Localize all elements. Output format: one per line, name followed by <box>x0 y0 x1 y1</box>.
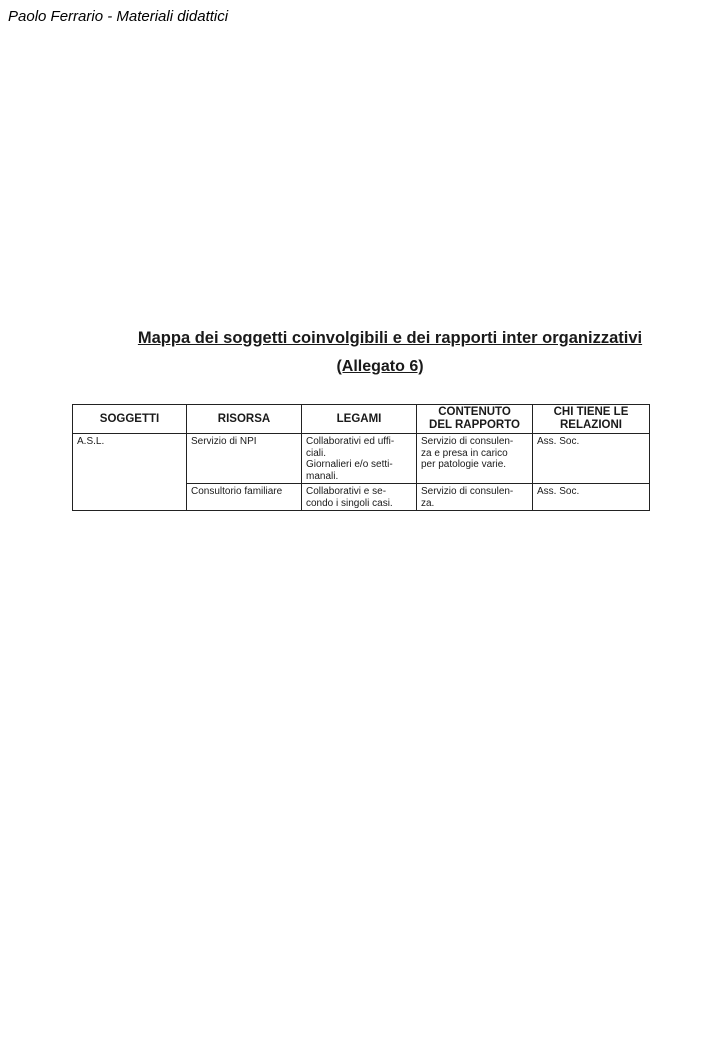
cell-legami: Collaborativi e se- condo i singoli casi… <box>302 484 417 511</box>
table-row: A.S.L. Servizio di NPI Collaborativi ed … <box>73 434 650 484</box>
cell-legami: Collaborativi ed uffi- ciali. Giornalier… <box>302 434 417 484</box>
cell-risorsa: Servizio di NPI <box>187 434 302 484</box>
relations-table: SOGGETTI RISORSA LEGAMI CONTENUTO DEL RA… <box>72 404 650 511</box>
cell-risorsa: Consultorio familiare <box>187 484 302 511</box>
cell-contenuto: Servizio di consulen- za. <box>417 484 533 511</box>
cell-soggetto: A.S.L. <box>73 434 187 511</box>
header-note: Paolo Ferrario - Materiali didattici <box>8 8 228 25</box>
cell-contenuto: Servizio di consulen- za e presa in cari… <box>417 434 533 484</box>
column-header-risorsa: RISORSA <box>187 405 302 434</box>
cell-chi-tiene: Ass. Soc. <box>533 484 650 511</box>
document-title: Mappa dei soggetti coinvolgibili e dei r… <box>0 329 720 348</box>
column-header-legami: LEGAMI <box>302 405 417 434</box>
column-header-chi-tiene: CHI TIENE LE RELAZIONI <box>533 405 650 434</box>
cell-chi-tiene: Ass. Soc. <box>533 434 650 484</box>
document-subtitle: (Allegato 6) <box>0 358 720 376</box>
table-header-row: SOGGETTI RISORSA LEGAMI CONTENUTO DEL RA… <box>73 405 650 434</box>
column-header-soggetti: SOGGETTI <box>73 405 187 434</box>
column-header-contenuto: CONTENUTO DEL RAPPORTO <box>417 405 533 434</box>
